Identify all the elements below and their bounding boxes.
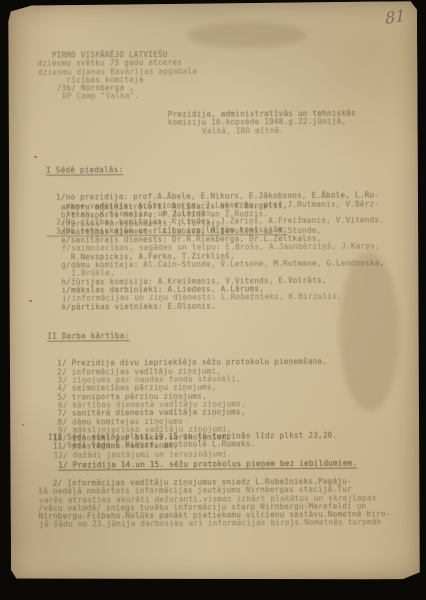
- meeting-title: Prezidija, administratīvās un tehniskāsk…: [168, 110, 356, 136]
- ink-speck: [29, 300, 32, 302]
- ink-speck: [22, 424, 24, 426]
- section-agenda-heading: II Darba kārtība:: [47, 330, 327, 340]
- resolution-2: 2/ Informācijas vadītāju ziņojumus snied…: [38, 477, 390, 529]
- session-times: III Sēdi atklāj plkst.19,15 un tā turpin…: [48, 432, 337, 451]
- document-line: jā šādu no 23.jūnija darbosies arī infor…: [39, 519, 391, 530]
- committee-letterhead: PIRMO VISPĀRĒJO LATVIEŠUdziesmu svētku 7…: [37, 51, 196, 102]
- scanned-document-page: PIRMO VISPĀRĒJO LATVIEŠUdziesmu svētku 7…: [0, 0, 426, 600]
- ink-speck: [34, 156, 37, 158]
- paper-stain: [187, 22, 307, 49]
- document-line: Valkā, IRO mītnē.: [168, 126, 356, 136]
- section-agenda: II Darba kārtība: 1/ Prezidija divu iepr…: [47, 314, 328, 477]
- subcommittees-list: a/koru administratori: A.Līdacis un K.Bu…: [46, 201, 384, 311]
- section-attendees-heading: I Sēdē piedalās:: [46, 164, 384, 175]
- paper-sheet: PIRMO VISPĀRĒJO LATVIEŠUdziesmu svētku 7…: [7, 1, 421, 582]
- handwritten-page-number: 81: [385, 5, 406, 28]
- document-line: DP Camp "Valka".: [38, 92, 197, 101]
- document-line: k/pārtikas vietnieks: E.Olsonis.: [47, 301, 385, 312]
